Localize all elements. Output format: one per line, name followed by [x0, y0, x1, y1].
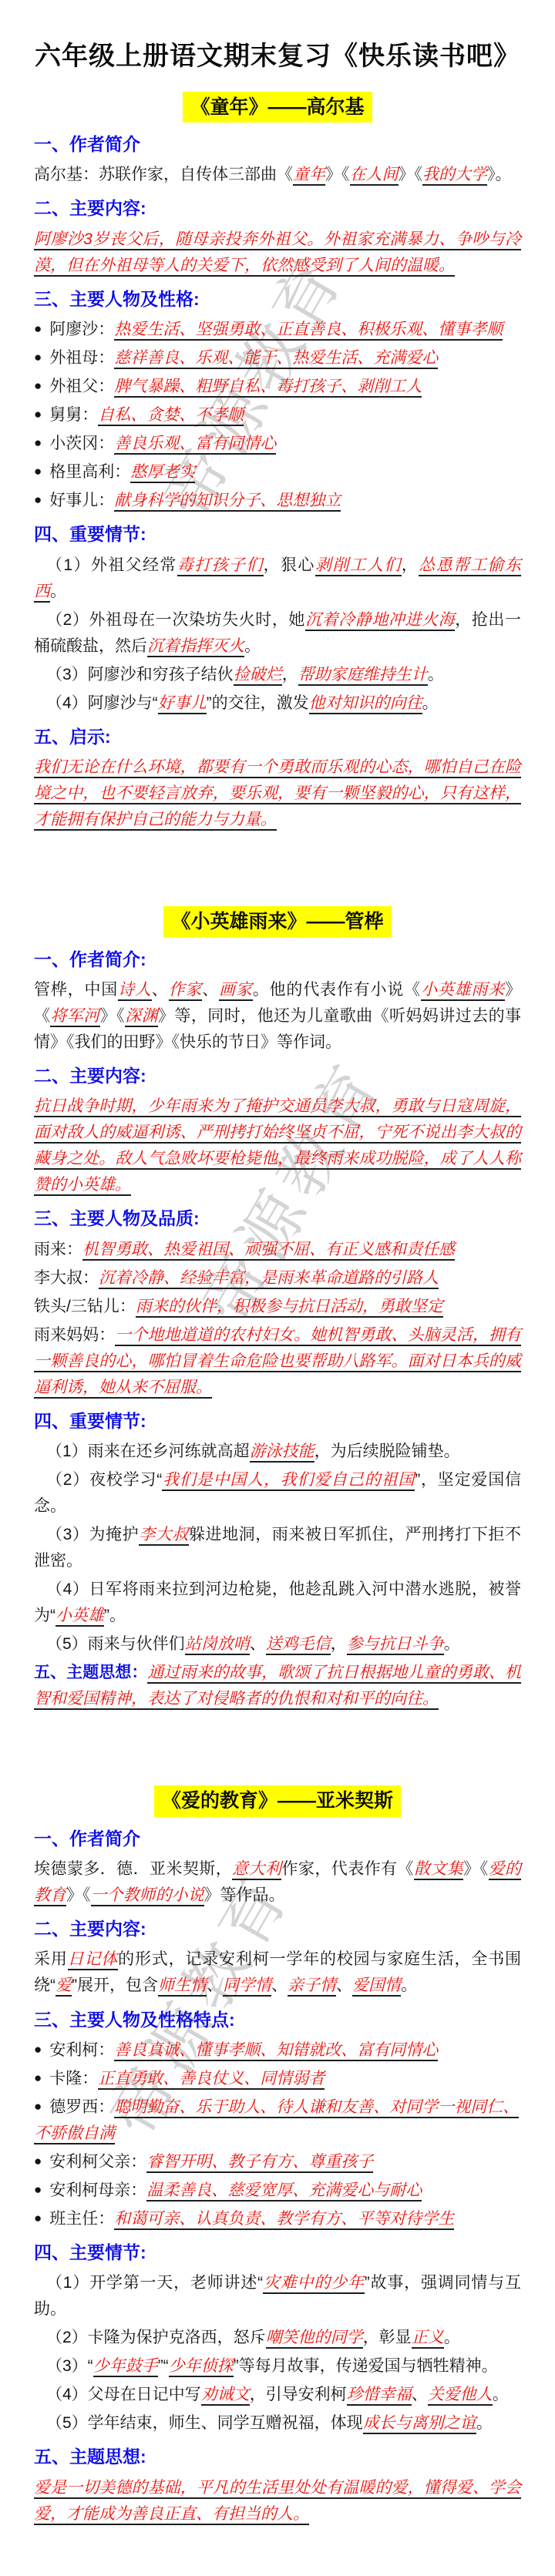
body-text: （1）开学第一天，老师讲述“	[46, 2274, 263, 2292]
paragraph: 阿廖沙3岁丧父后，随母亲投奔外祖父。外祖家充满暴力、争吵与冷漠，但在外祖母等人的…	[34, 227, 521, 279]
answer-text: 少年鼓手	[93, 2357, 158, 2377]
answer-text: 捡破烂	[234, 666, 282, 686]
body-text: （5）雨来与伙伴们	[46, 1635, 185, 1653]
paragraph: 我们无论在什么环境，都要有一个勇敢而乐观的心态，哪怕自己在险境之中，也不要轻言放…	[34, 754, 521, 833]
character-item: ●小茨冈：善良乐观、富有同情心	[34, 431, 521, 457]
body-text: 》《	[100, 1007, 125, 1025]
body-text: 外祖母：	[49, 349, 114, 367]
body-text: （1）外祖父经常	[46, 556, 177, 574]
answer-text: 我们无论在什么环境，都要有一个勇敢而乐观的心态，哪怕自己在险境之中，也不要轻言放…	[34, 758, 521, 831]
book-section: 《爱的教育》——亚米契斯一、作者简介埃德蒙多．德．亚米契斯，意大利作家，代表作有…	[34, 1785, 521, 2527]
answer-text: 珍惜幸福	[347, 2386, 412, 2406]
body-text: 》等作品。	[204, 1886, 285, 1904]
answer-text: 正义	[412, 2329, 444, 2349]
character-item: ●舅舅：自私、贪婪、不孝顺	[34, 402, 521, 428]
answer-text: 正直勇敢、善良仗义、同情弱者	[98, 2070, 325, 2090]
answer-text: 嘲笑他的同学	[266, 2329, 363, 2349]
body-text: ，狠心	[264, 556, 315, 574]
answer-text: 沉着指挥灭火	[147, 637, 244, 657]
character-item: ●好事儿：献身科学的知识分子、思想独立	[34, 488, 521, 514]
section-heading: 二、主要内容:	[34, 196, 521, 221]
body-text: ，引导安利柯	[250, 2386, 347, 2403]
body-text: 、	[250, 1635, 266, 1653]
answer-text: 好事儿	[158, 694, 207, 714]
document-page: 帝源教育 帝源教育 帝源教育 六年级上册语文期末复习《快乐读书吧》 《童年》——…	[0, 0, 555, 2576]
bullet-icon: ●	[34, 2182, 42, 2197]
answer-text: 站岗放哨	[185, 1635, 250, 1655]
answer-text: 沉着冷静、经验丰富，是雨来革命道路的引路人	[99, 1269, 439, 1289]
character-item: ●安利柯母亲：温柔善良、慈爱宽厚、充满爱心与耐心	[34, 2178, 521, 2204]
body-text: 。	[422, 694, 439, 712]
page-title: 六年级上册语文期末复习《快乐读书吧》	[34, 40, 521, 73]
answer-text: 同学情	[223, 1977, 271, 1997]
body-text: 安利柯父亲：	[49, 2153, 146, 2171]
character-item: ●格里高利：憨厚老实	[34, 459, 521, 485]
inline-heading: 五、主题思想：	[34, 1664, 147, 1681]
answer-text: 自私、贪婪、不孝顺	[98, 406, 244, 426]
body-text: 。	[50, 583, 66, 600]
body-text: 铁头/三钻儿：	[34, 1298, 136, 1315]
body-text: 。	[444, 2329, 460, 2346]
answer-text: 慈祥善良、乐观、能干、热爱生活、充满爱心	[114, 349, 438, 369]
body-text: ，	[331, 1635, 347, 1653]
plot-item: （3）阿廖沙和穷孩子结伙捡破烂，帮助家庭维持生计。	[34, 662, 521, 688]
bullet-icon: ●	[34, 2099, 42, 2114]
paragraph: 李大叔：沉着冷静、经验丰富，是雨来革命道路的引路人	[34, 1265, 521, 1291]
answer-text: 善良真诚、懂事孝顺、知错就改、富有同情心	[114, 2041, 438, 2061]
answer-text: 善良乐观、富有同情心	[114, 435, 276, 455]
answer-text: 剥削工人们	[315, 556, 402, 576]
bullet-icon: ●	[34, 435, 42, 450]
answer-text: 毒打孩子们	[177, 556, 264, 576]
body-text: 卡隆：	[49, 2070, 98, 2087]
answer-text: 雨来的伙伴，积极参与抗日活动，勇敢坚定	[136, 1298, 443, 1318]
body-text: 高尔基：苏联作家，自传体三部曲《	[34, 166, 293, 183]
answer-text: 意大利	[232, 1860, 281, 1880]
plot-item: （3）为掩护李大叔躲进地洞，雨来被日军抓住，严刑拷打下拒不泄密。	[34, 1522, 521, 1574]
body-text: 、	[152, 981, 169, 999]
plot-item: （3）“少年鼓手”“少年侦探”等每月故事，传递爱国与牺牲精神。	[34, 2353, 521, 2380]
body-text: 、	[412, 2386, 428, 2403]
bullet-icon: ●	[34, 407, 42, 421]
section-heading: 三、主要人物及性格特点:	[34, 2007, 521, 2033]
body-text: 阿廖沙：	[49, 321, 114, 338]
body-text: 。	[476, 2414, 493, 2432]
body-text: 德罗西：	[49, 2098, 114, 2116]
answer-text: 诗人	[118, 981, 152, 1001]
body-text: 采用	[34, 1950, 68, 1968]
body-text: 雨来：	[34, 1241, 82, 1258]
plot-item: （4）阿廖沙与“好事儿”的交往，激发他对知识的向往。	[34, 690, 521, 717]
answer-text: 画家	[219, 981, 253, 1001]
bullet-icon: ●	[34, 378, 42, 393]
answer-text: 和蔼可亲、认真负责、教学有方、平等对待学生	[114, 2210, 454, 2230]
plot-item: （1）雨来在还乡河练就高超游泳技能，为后续脱险铺垫。	[34, 1439, 521, 1465]
section-title-highlight: 《爱的教育》——亚米契斯	[154, 1785, 401, 1817]
answer-text: 师生情	[158, 1977, 207, 1997]
answer-text: 深渊	[125, 1007, 158, 1027]
body-text: 小茨冈：	[49, 435, 114, 452]
body-text: （3）“	[46, 2357, 93, 2375]
answer-text: 我们是中国人，我们爱自己的祖国	[162, 1471, 415, 1491]
answer-text: 我的大学	[422, 166, 487, 186]
answer-text: 帮助家庭维持生计	[298, 666, 428, 686]
body-text: 。他的代表作有小说《	[253, 981, 421, 999]
body-text: 雨来妈妈：	[34, 1326, 115, 1344]
body-text: ”展开，包含	[72, 1977, 158, 1994]
character-item: ●阿廖沙：热爱生活、坚强勇敢、正直善良、积极乐观、懂事孝顺	[34, 317, 521, 343]
body-text: 、	[207, 1977, 223, 1994]
body-text: （4）阿廖沙与“	[46, 694, 158, 712]
answer-text: 沉着冷静地冲进火海	[305, 611, 455, 631]
body-text: （2）卡隆为保护克洛西，怒斥	[46, 2329, 266, 2346]
answer-text: 亲子情	[288, 1977, 336, 1997]
body-text: 》《	[463, 1860, 488, 1878]
answer-text: 爱国情	[352, 1977, 401, 1997]
body-text: 。	[428, 666, 444, 683]
paragraph: 五、主题思想：通过雨来的故事，歌颂了抗日根据地儿童的勇敢、机智和爱国精神，表达了…	[34, 1660, 521, 1712]
answer-text: 献身科学的知识分子、思想独立	[114, 492, 341, 512]
section-heading: 一、作者简介	[34, 132, 521, 157]
answer-text: 一个教师的小说	[91, 1886, 204, 1906]
body-text: （1）雨来在还乡河练就高超	[46, 1442, 250, 1460]
plot-item: （4）日军将雨来拉到河边枪毙，他趁乱跳入河中潜水逃脱，被誉为“小英雄”。	[34, 1577, 521, 1629]
section-heading: 一、作者简介	[34, 1826, 521, 1852]
plot-item: （2）卡隆为保护克洛西，怒斥嘲笑他的同学，彰显正义。	[34, 2325, 521, 2351]
section-title-highlight: 《小英雄雨来》——管桦	[163, 906, 391, 938]
body-text: 外祖父：	[49, 378, 114, 395]
section-heading: 三、主要人物及品质:	[34, 1206, 521, 1231]
answer-text: 劝诫文	[201, 2386, 250, 2406]
body-text: 》《	[399, 166, 423, 183]
bullet-icon: ●	[34, 2042, 42, 2057]
answer-text: 日记体	[68, 1950, 118, 1970]
answer-text: 参与抗日斗争	[347, 1635, 444, 1655]
paragraph: 雨来：机智勇敢、热爱祖国、顽强不屈、有正义感和责任感	[34, 1237, 521, 1263]
plot-item: （5）学年结束，师生、同学互赠祝福，体现成长与离别之谊。	[34, 2410, 521, 2437]
body-text: 。	[401, 1977, 417, 1994]
character-item: ●外祖父：脾气暴躁、粗野自私、毒打孩子、剥削工人	[34, 374, 521, 400]
character-item: ●班主任：和蔼可亲、认真负责、教学有方、平等对待学生	[34, 2206, 521, 2232]
answer-text: 童年	[293, 166, 325, 186]
body-text: ，彰显	[363, 2329, 412, 2346]
answer-text: 爱是一切美德的基础，平凡的生活里处处有温暖的爱，懂得爱、学会爱，才能成为善良正直…	[34, 2479, 521, 2525]
body-text: 管桦，中国	[34, 981, 118, 999]
body-text: ，	[282, 666, 298, 683]
paragraph: 高尔基：苏联作家，自传体三部曲《童年》《在人间》《我的大学》。	[34, 162, 521, 188]
bullet-icon: ●	[34, 321, 42, 336]
body-text: （2）外祖母在一次染坊失火时，她	[46, 611, 305, 629]
body-text: （5）学年结束，师生、同学互赠祝福，体现	[46, 2414, 363, 2432]
paragraph: 埃德蒙多．德．亚米契斯，意大利作家，代表作有《散文集》《爱的教育》《一个教师的小…	[34, 1856, 521, 1909]
body-text: （3）阿廖沙和穷孩子结伙	[46, 666, 234, 683]
plot-item: （5）雨来与伙伴们站岗放哨、送鸡毛信，参与抗日斗争。	[34, 1631, 521, 1657]
body-text: 舅舅：	[49, 406, 98, 424]
body-text: （3）为掩护	[46, 1526, 139, 1543]
body-text: 安利柯母亲：	[49, 2181, 146, 2199]
answer-text: 送鸡毛信	[266, 1635, 331, 1655]
answer-text: 少年侦探	[169, 2357, 234, 2377]
body-text: ”等每月故事，传递爱国与牺牲精神。	[234, 2357, 498, 2375]
body-text: 安利柯：	[49, 2041, 114, 2059]
bullet-icon: ●	[34, 350, 42, 364]
section-title-highlight: 《童年》——高尔基	[183, 92, 372, 123]
body-text: 埃德蒙多．德．亚米契斯，	[34, 1860, 232, 1878]
paragraph: 管桦，中国诗人、作家、画家。他的代表作有小说《小英雄雨来》《将军河》《深渊》等，…	[34, 977, 521, 1056]
body-text: 、	[336, 1977, 352, 1994]
answer-text: 小英雄	[55, 1607, 104, 1627]
section-heading: 五、主题思想:	[34, 2444, 521, 2470]
answer-text: 散文集	[414, 1860, 463, 1880]
body-text: ”“	[158, 2357, 169, 2375]
body-text: 。	[244, 637, 261, 655]
section-heading: 五、启示:	[34, 724, 521, 750]
document-content: 六年级上册语文期末复习《快乐读书吧》 《童年》——高尔基一、作者简介高尔基：苏联…	[34, 40, 521, 2527]
bullet-icon: ●	[34, 492, 42, 507]
answer-text: 小英雄雨来	[421, 981, 505, 1001]
body-text: ”。	[104, 1607, 126, 1624]
answer-text: 关爱他人	[428, 2386, 493, 2406]
answer-text: 成长与离别之谊	[363, 2414, 476, 2434]
body-text: 好事儿：	[49, 492, 114, 509]
character-item: ●外祖母：慈祥善良、乐观、能干、热爱生活、充满爱心	[34, 345, 521, 371]
paragraph: 雨来妈妈：一个地地道道的农村妇女。她机智勇敢、头脑灵活，拥有一颗善良的心，哪怕冒…	[34, 1322, 521, 1401]
body-text: 作家，代表作有《	[281, 1860, 413, 1878]
plot-item: （2）外祖母在一次染坊失火时，她沉着冷静地冲进火海，抢出一桶硫酸盐，然后沉着指挥…	[34, 607, 521, 660]
book-section: 《小英雄雨来》——管桦一、作者简介:管桦，中国诗人、作家、画家。他的代表作有小说…	[34, 906, 521, 1712]
body-text: 。	[444, 1635, 460, 1653]
plot-item: （4）父母在日记中写劝诫文，引导安利柯珍惜幸福、关爱他人。	[34, 2382, 521, 2408]
answer-text: 脾气暴躁、粗野自私、毒打孩子、剥削工人	[114, 378, 422, 398]
bullet-icon: ●	[34, 2211, 42, 2225]
body-text: ，为后续脱险铺垫。	[314, 1442, 460, 1460]
answer-text: 热爱生活、坚强勇敢、正直善良、积极乐观、懂事孝顺	[114, 321, 503, 341]
bullet-icon: ●	[34, 2154, 42, 2168]
body-text: ，	[402, 556, 419, 574]
answer-text: 阿廖沙3岁丧父后，随母亲投奔外祖父。外祖家充满暴力、争吵与冷漠，但在外祖母等人的…	[34, 230, 521, 277]
character-item: ●安利柯父亲：睿智开明、教子有方、尊重孩子	[34, 2149, 521, 2175]
body-text: （2）夜校学习“	[46, 1471, 162, 1489]
answer-text: 爱	[55, 1977, 72, 1997]
answer-text: 李大叔	[139, 1526, 189, 1546]
answer-text: 他对知识的向往	[309, 694, 422, 714]
paragraph: 铁头/三钻儿：雨来的伙伴，积极参与抗日活动，勇敢坚定	[34, 1294, 521, 1320]
answer-text: 灾难中的少年	[263, 2274, 365, 2294]
answer-text: 将军河	[50, 1007, 99, 1027]
body-text: 、	[271, 1977, 288, 1994]
answer-text: 在人间	[350, 166, 399, 186]
bullet-icon: ●	[34, 464, 42, 479]
paragraph: 爱是一切美德的基础，平凡的生活里处处有温暖的爱，懂得爱、学会爱，才能成为善良正直…	[34, 2475, 521, 2527]
answer-text: 睿智开明、教子有方、尊重孩子	[146, 2153, 373, 2173]
plot-item: （1）开学第一天，老师讲述“灾难中的少年”故事，强调同情与互助。	[34, 2270, 521, 2322]
answer-text: 抗日战争时期，少年雨来为了掩护交通员李大叔，勇敢与日寇周旋，面对敌人的威逼利诱、…	[34, 1097, 521, 1196]
book-section: 《童年》——高尔基一、作者简介高尔基：苏联作家，自传体三部曲《童年》《在人间》《…	[34, 92, 521, 834]
body-text: （4）父母在日记中写	[46, 2386, 201, 2403]
section-heading: 二、主要内容:	[34, 1916, 521, 1942]
plot-item: （2）夜校学习“我们是中国人，我们爱自己的祖国”，坚定爱国信念。	[34, 1467, 521, 1520]
paragraph: 采用日记体的形式，记录安利柯一学年的校园与家庭生活，全书围绕“爱”展开，包含师生…	[34, 1946, 521, 1999]
answer-text: 游泳技能	[250, 1442, 314, 1463]
answer-text: 机智勇敢、热爱祖国、顽强不屈、有正义感和责任感	[82, 1241, 455, 1261]
section-heading: 三、主要人物及性格:	[34, 287, 521, 312]
body-text: 》。	[487, 166, 512, 183]
body-text: ”的交往，激发	[207, 694, 309, 712]
bullet-icon: ●	[34, 2071, 42, 2085]
body-text: 格里高利：	[49, 463, 130, 481]
body-text: 班主任：	[49, 2210, 114, 2228]
character-item: ●卡隆：正直勇敢、善良仗义、同情弱者	[34, 2066, 521, 2092]
answer-text: 憨厚老实	[130, 463, 195, 483]
section-heading: 一、作者简介:	[34, 947, 521, 972]
section-heading: 四、主要情节:	[34, 2240, 521, 2265]
paragraph: 抗日战争时期，少年雨来为了掩护交通员李大叔，勇敢与日寇周旋，面对敌人的威逼利诱、…	[34, 1093, 521, 1198]
character-item: ●德罗西：聪明勤奋、乐于助人、待人谦和友善、对同学一视同仁、不骄傲自满	[34, 2094, 521, 2147]
character-item: ●安利柯：善良真诚、懂事孝顺、知错就改、富有同情心	[34, 2037, 521, 2064]
section-heading: 二、主要内容:	[34, 1063, 521, 1089]
section-heading: 四、重要情节:	[34, 522, 521, 547]
body-text: 。	[493, 2386, 509, 2403]
body-text: 》《	[325, 166, 350, 183]
book-sections: 《童年》——高尔基一、作者简介高尔基：苏联作家，自传体三部曲《童年》《在人间》《…	[34, 92, 521, 2527]
body-text: 李大叔：	[34, 1269, 99, 1287]
plot-item: （1）外祖父经常毒打孩子们，狠心剥削工人们，怂恿帮工偷东西。	[34, 552, 521, 605]
section-heading: 四、重要情节:	[34, 1409, 521, 1434]
answer-text: 作家	[169, 981, 203, 1001]
answer-text: 温柔善良、慈爱宽厚、充满爱心与耐心	[146, 2181, 422, 2202]
body-text: 》《	[66, 1886, 91, 1904]
body-text: 、	[202, 981, 219, 999]
